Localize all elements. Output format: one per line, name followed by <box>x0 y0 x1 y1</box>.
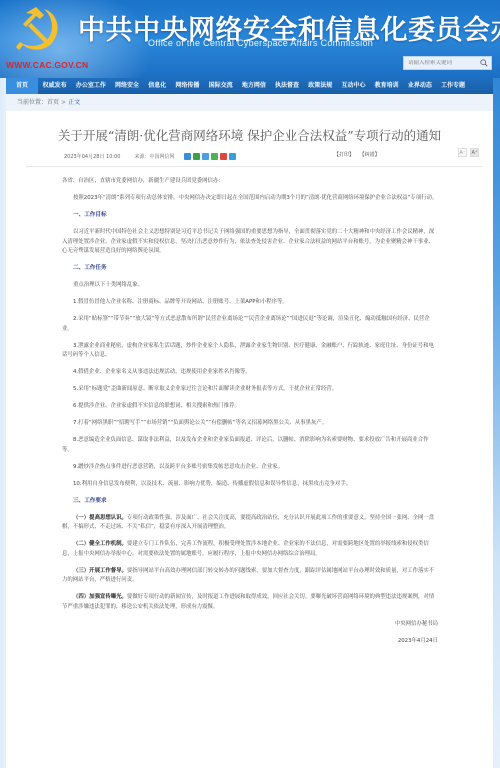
requirement-item: （三）开展工作督导。要指导网站平台高效办理网信部门转交转办的问题线索，要加大督查… <box>62 567 438 586</box>
requirement-lead: （二）健全工作机制。 <box>73 541 127 547</box>
tencent-weibo-share-icon[interactable] <box>202 153 209 160</box>
right-background-strip <box>492 70 500 768</box>
section-heading-requirements: 三、工作要求 <box>62 497 438 507</box>
nav-item-online-communication[interactable]: 网络传播 <box>171 78 204 94</box>
article-container: 关于开展“清朗·优化营商网络环境 保护企业合法权益”专项行动的通知 2023年0… <box>6 111 493 768</box>
nav-item-law-enforcement[interactable]: 执法督查 <box>270 78 303 94</box>
party-emblem-icon <box>14 3 64 55</box>
task-item: 9.蹭炒涉企热点事件进行恶意营销，以及跨平台多账号密集发帖恶意攻击企业、企业家。 <box>62 463 438 473</box>
signature: 中央网信办秘书局 <box>62 620 438 630</box>
task-item: 1.假冒仿冒他人企业名称、注册商标、品牌等开设网站、注册账号、上架APP和小程序… <box>62 298 438 308</box>
nav-item-home[interactable]: 首页 <box>6 78 38 94</box>
site-url: WWW.CAC.GOV.CN <box>6 60 88 70</box>
nav-item-industry-news[interactable]: 业界动态 <box>403 78 436 94</box>
article-meta: 2023年04月28日 10:00 来源：中国网信网 【打印】 【纠错】 A⁻ … <box>64 151 484 161</box>
search-box <box>403 56 492 70</box>
task-item: 3.泄露企业商业秘密，虚构企业家私生活话题，炒作企业家个人隐私，泄露企业家生物识… <box>62 342 438 361</box>
nav-item-local-cac[interactable]: 地方网信 <box>237 78 270 94</box>
nav-item-policies-regulations[interactable]: 政策法规 <box>304 78 337 94</box>
requirement-item: （四）加强宣传曝光。要做好专项行动的新闻宣传，及时报道工作进展和取得成效，回应社… <box>62 593 438 612</box>
requirement-lead: （一）提高思想认识。 <box>73 515 127 521</box>
breadcrumb: 当前位置：首页>正文 <box>6 94 493 111</box>
article-body: 各省、自治区、直辖市党委网信办，新疆生产建设兵团党委网信办： 按照2023年“清… <box>62 177 438 654</box>
requirement-item: （二）健全工作机制。要建立专门工作队伍，完善工作流程，积极受理处置涉本地企业、企… <box>62 540 438 559</box>
search-icon[interactable] <box>480 59 488 67</box>
tasks-intro: 重点治理以下十类网络乱象。 <box>62 281 438 291</box>
task-item: 2.采用“贴标签”“带节奏”“放大镜”等方式恶意散布所谓“民营企业离场论”“民营… <box>62 315 438 334</box>
font-larger-button[interactable]: A⁺ <box>470 148 479 157</box>
salutation: 各省、自治区、直辖市党委网信办，新疆生产建设兵团党委网信办： <box>62 177 438 187</box>
breadcrumb-prefix: 当前位置： <box>17 99 47 106</box>
title-divider <box>26 166 482 167</box>
share-icons <box>184 153 236 160</box>
nav-item-education-training[interactable]: 教育培训 <box>370 78 403 94</box>
more-share-icon[interactable] <box>229 153 236 160</box>
task-item: 7.打着“网络黑职”“招聘写手”“市场营销”“负面舆论公关”“有偿删帖”等名义招… <box>62 419 438 429</box>
breadcrumb-home[interactable]: 首页 <box>47 99 59 106</box>
main-nav: 首页 权威发布 办公室工作 网络安全 信息化 网络传播 国际交流 地方网信 执法… <box>6 78 493 94</box>
intro-paragraph: 按照2023年“清朗”系列专项行动总体安排，中央网信办决定即日起在全国范围内启动… <box>62 194 438 204</box>
task-item: 6.提供涉企业、企业家虚假不实信息的联想词、相关搜索和热门推荐。 <box>62 402 438 412</box>
breadcrumb-current: 正文 <box>68 99 80 106</box>
douban-share-icon[interactable] <box>211 153 218 160</box>
requirement-item: （一）提高思想认识。专项行动政策性强、涉及面广、社会关注度高，要提高政治站位，充… <box>62 514 438 533</box>
nav-item-work-topics[interactable]: 工作专题 <box>436 78 469 94</box>
qzone-share-icon[interactable] <box>184 153 191 160</box>
nav-item-interaction-center[interactable]: 互动中心 <box>337 78 370 94</box>
search-input[interactable] <box>408 60 478 66</box>
requirement-lead: （三）开展工作督导。 <box>73 568 127 574</box>
wechat-share-icon[interactable] <box>193 153 200 160</box>
sign-date: 2023年4月24日 <box>62 637 438 647</box>
task-item: 10.利用自身信息发布便利，以及技术、流量、影响力优势，编造、传播虚假信息和误导… <box>62 480 438 490</box>
task-item: 5.采用“标题党”歪曲新闻原意、断章取义企业家过往言论和片面解读企业财务报表等方… <box>62 385 438 395</box>
article-title: 关于开展“清朗·优化营商网络环境 保护企业合法权益”专项行动的通知 <box>6 126 493 144</box>
nav-item-office-work[interactable]: 办公室工作 <box>71 78 110 94</box>
breadcrumb-separator: > <box>61 99 66 106</box>
correction-link[interactable]: 【纠错】 <box>360 152 380 158</box>
nav-item-cybersecurity[interactable]: 网络安全 <box>110 78 143 94</box>
requirement-lead: （四）加强宣传曝光。 <box>73 594 127 600</box>
font-size-controls: A⁻ A⁺ <box>458 148 479 157</box>
article-actions: 【打印】 【纠错】 <box>334 151 384 158</box>
nav-item-informatization[interactable]: 信息化 <box>144 78 171 94</box>
nav-item-international-exchange[interactable]: 国际交流 <box>204 78 237 94</box>
section-heading-tasks: 二、工作任务 <box>62 264 438 274</box>
task-item: 8.恶意编造企业负面信息、谋取非法利益，以及发布企业和企业家负面报道、评论后，以… <box>62 436 438 455</box>
goals-paragraph: 以习近平新时代中国特色社会主义思想特别是习近平总书记关于网络强国的重要思想为指导… <box>62 228 438 257</box>
site-header: 中共中央网络安全和信息化委员会办公室 Office of the Central… <box>0 0 500 78</box>
article-source: 来源：中国网信网 <box>134 153 174 160</box>
section-heading-goals: 一、工作目标 <box>62 211 438 221</box>
site-subtitle: Office of the Central Cyberspace Affairs… <box>148 38 373 48</box>
sina-weibo-share-icon[interactable] <box>220 153 227 160</box>
font-smaller-button[interactable]: A⁻ <box>458 148 467 157</box>
nav-item-authoritative-release[interactable]: 权威发布 <box>38 78 71 94</box>
article-datetime: 2023年04月28日 10:00 <box>64 153 120 160</box>
print-link[interactable]: 【打印】 <box>334 152 354 158</box>
task-item: 4.假借企业、企业家名义从事违法违规活动，违规使用企业家姓名肖像等。 <box>62 368 438 378</box>
